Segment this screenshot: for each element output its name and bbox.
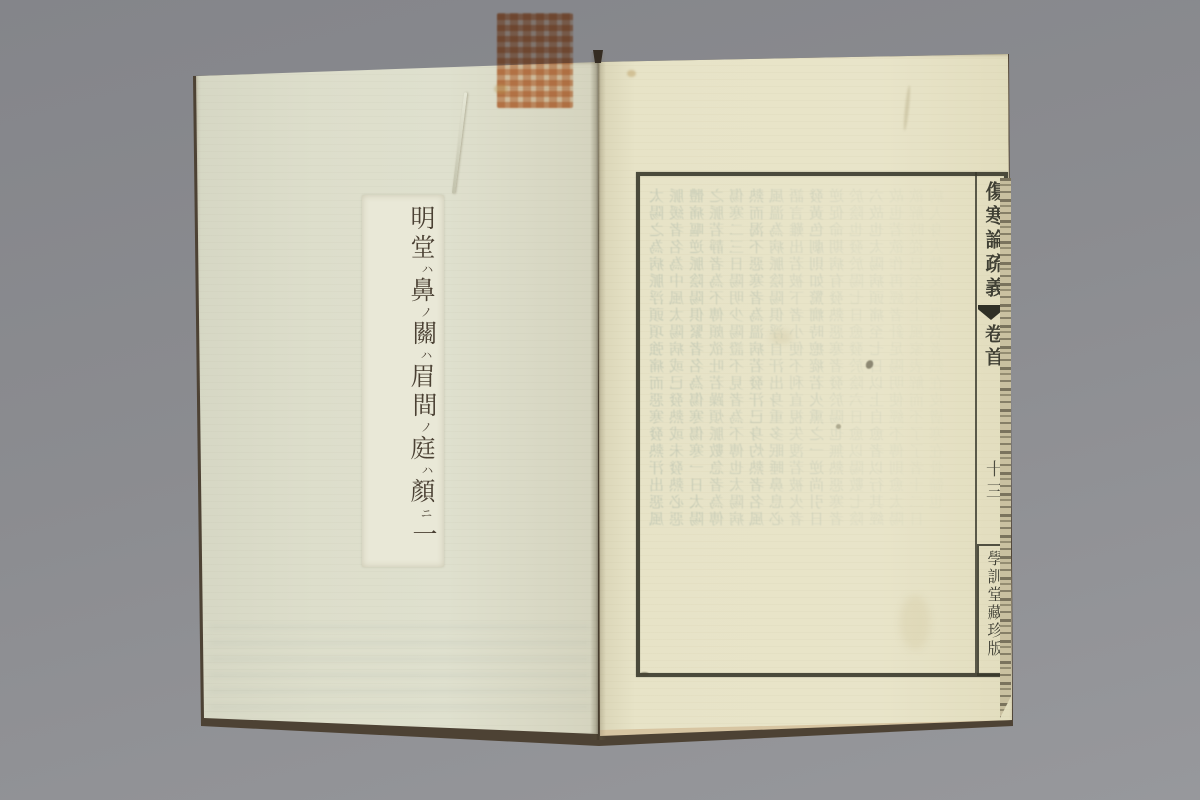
stain-spot (900, 595, 930, 650)
annotation-char: 明 (409, 205, 434, 234)
annotation-char: 鼻 (409, 277, 434, 306)
ink-fleck (836, 424, 841, 429)
photo-of-open-book: 明堂ハ鼻ノ關ハ眉間ノ庭ハ顏ニ一 太陽之為病脈浮頭項強痛而惡寒發熱汗出惡風脈緩者名… (0, 0, 1200, 800)
annotation-char: 堂 (409, 234, 434, 263)
stain-spot (627, 70, 636, 77)
faint-showthrough-streaks (210, 620, 590, 710)
annotation-char: 關 (411, 320, 436, 349)
annotation-char: 一 (411, 521, 436, 550)
ink-fleck (640, 672, 649, 676)
annotation-char: ハ (421, 464, 433, 478)
printed-border-frame (636, 172, 1008, 677)
handwritten-annotation: 明堂ハ鼻ノ關ハ眉間ノ庭ハ顏ニ一 (374, 205, 434, 563)
annotation-char: 間 (411, 392, 436, 421)
stain-spot (770, 330, 792, 344)
stain-spot (494, 84, 508, 94)
annotation-char: ハ (420, 349, 432, 363)
annotation-char: 眉 (409, 363, 434, 392)
seal-stamp (497, 13, 573, 108)
annotation-char: ハ (421, 263, 433, 277)
annotation-char: ニ (420, 507, 432, 521)
printed-fold-edges (1000, 178, 1011, 718)
annotation-char: 顏 (409, 478, 434, 507)
annotation-char: 庭 (409, 435, 434, 464)
annotation-char: ノ (420, 306, 432, 320)
annotation-char: ノ (420, 421, 432, 435)
gutter-crease (590, 52, 606, 740)
